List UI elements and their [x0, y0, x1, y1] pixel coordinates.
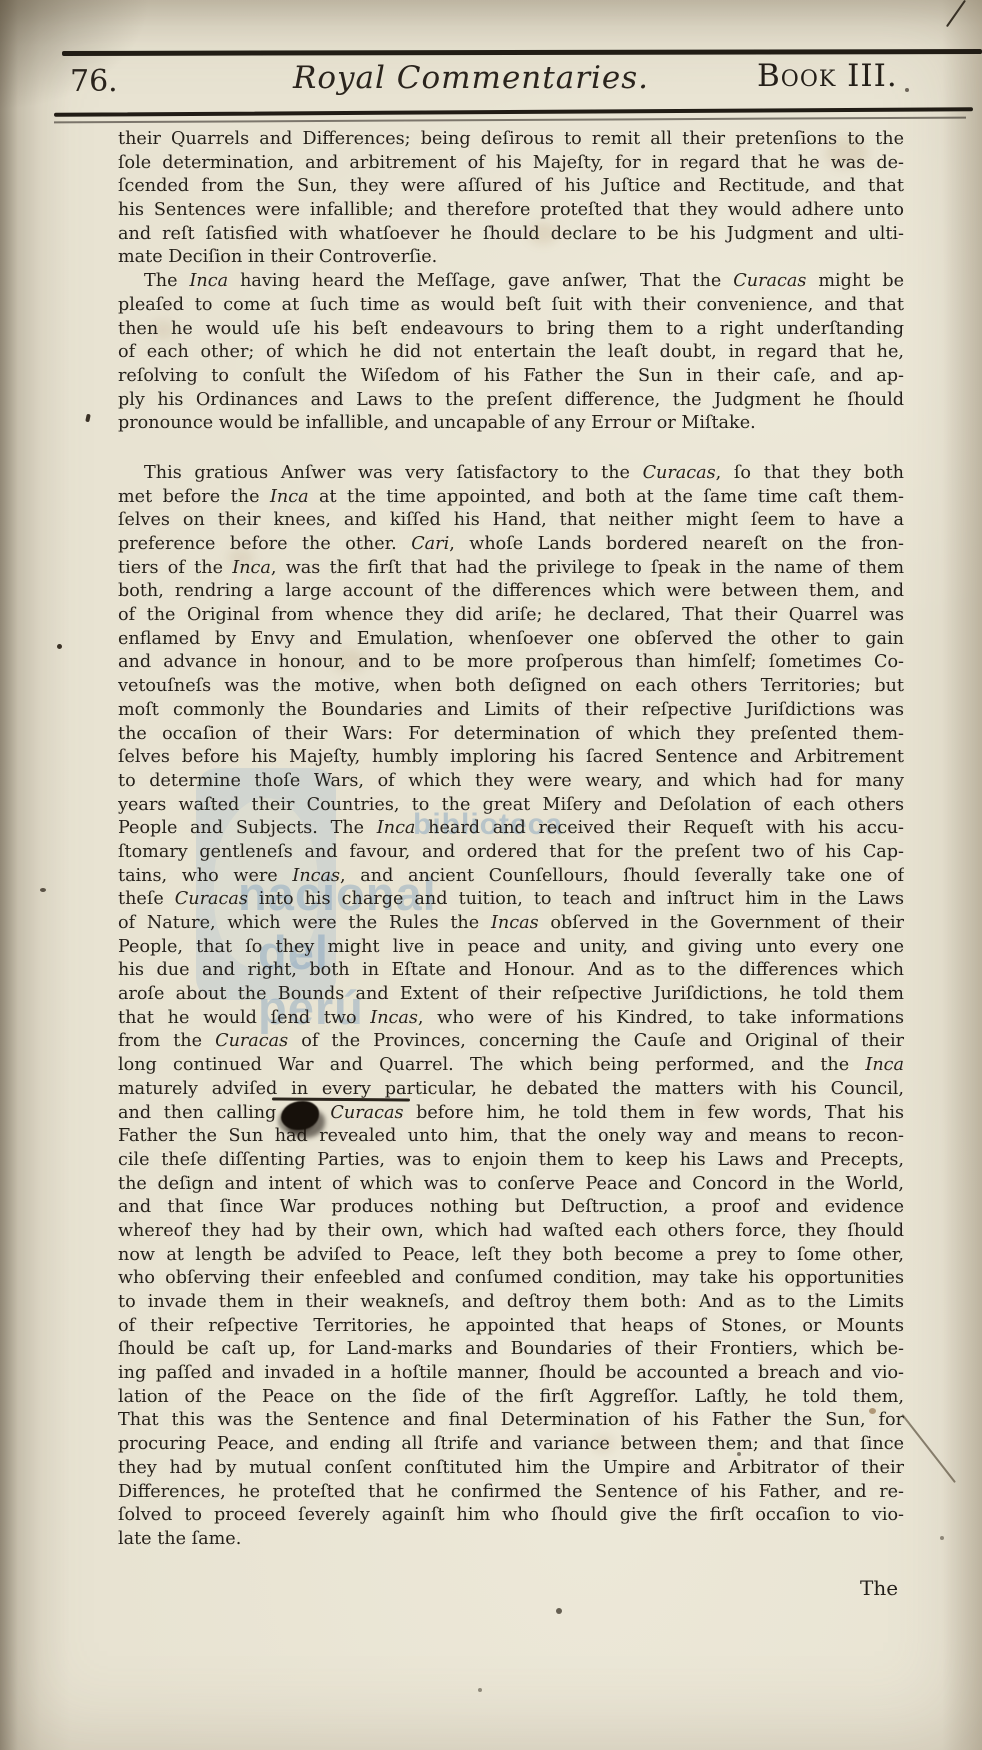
text-line: pleaſed to come at ſuch time as would be… [118, 294, 904, 318]
book-number: Book III. [757, 58, 898, 94]
page-body: their Quarrels and Differences; being de… [118, 128, 904, 1552]
ink-speck [556, 1608, 562, 1614]
header-rule-bottom-thin [54, 117, 966, 124]
text-line: aroſe about the Bounds and Extent of the… [118, 983, 904, 1007]
text-line: that he would ſend two Incas, who were o… [118, 1007, 904, 1031]
ink-speck [57, 644, 62, 649]
text-line: both, rendring a large account of the di… [118, 580, 904, 604]
text-line: pronounce would be infallible, and uncap… [118, 412, 904, 436]
text-line: the occaſion of their Wars: For determin… [118, 723, 904, 747]
text-line: ſolved to proceed ſeverely againſt him w… [118, 1504, 904, 1528]
text-line: enflamed by Envy and Emulation, whenſoev… [118, 628, 904, 652]
text-line: Father the Sun had revealed unto him, th… [118, 1125, 904, 1149]
text-line: and advance in honour, and to be more pr… [118, 651, 904, 675]
text-line: preference before the other. Cari, whoſe… [118, 533, 904, 557]
text-line: long continued War and Quarrel. The whic… [118, 1054, 904, 1078]
text-line: their Quarrels and Differences; being de… [118, 128, 904, 152]
ink-speck [85, 414, 91, 423]
text-line: ply his Ordinances and Laws to the preſe… [118, 389, 904, 413]
text-line: lation of the Peace on the ſide of the f… [118, 1386, 904, 1410]
text-line: and then calling the Curacas before him,… [118, 1102, 904, 1126]
page-binding-shadow [0, 0, 70, 1750]
text-line: moſt commonly the Boundaries and Limits … [118, 699, 904, 723]
text-line: who obſerving their enfeebled and conſum… [118, 1267, 904, 1291]
ink-speck [905, 88, 909, 92]
text-line: That this was the Sentence and final Det… [118, 1409, 904, 1433]
text-line: ſelves on their knees, and kiſſed his Ha… [118, 509, 904, 533]
text-line: whereof they had by their own, which had… [118, 1220, 904, 1244]
text-line: now at length be adviſed to Peace, leſt … [118, 1244, 904, 1268]
text-line: The Inca having heard the Meſſage, gave … [118, 270, 904, 294]
text-line: the deſign and intent of which was to co… [118, 1173, 904, 1197]
text-line: and that ſince War produces nothing but … [118, 1196, 904, 1220]
text-line: of their reſpective Territories, he appo… [118, 1315, 904, 1339]
text-line: Differences, he proteſted that he confir… [118, 1481, 904, 1505]
header-rule-bottom [54, 107, 973, 117]
text-line: This gratious Anſwer was very ſatisfacto… [118, 462, 904, 486]
ink-speck [737, 1452, 741, 1456]
text-line: ſelves before his Majeſty, humbly implor… [118, 746, 904, 770]
text-line: they had by mutual conſent conſtituted h… [118, 1457, 904, 1481]
header-rule-top [62, 49, 982, 56]
text-line: his due and right, both in Eſtate and Ho… [118, 959, 904, 983]
text-line: to determine thoſe Wars, of which they w… [118, 770, 904, 794]
ink-speck [478, 1688, 482, 1692]
paragraph: This gratious Anſwer was very ſatisfacto… [118, 462, 904, 1552]
page-edge-shadow [942, 0, 982, 1750]
text-line: ſcended from the Sun, they were aſſured … [118, 175, 904, 199]
text-line: tains, who were Incas, and ancient Counſ… [118, 865, 904, 889]
text-line: reſolving to conſult the Wiſedom of his … [118, 365, 904, 389]
ink-speck [869, 1408, 876, 1414]
text-line: procuring Peace, and ending all ſtrife a… [118, 1433, 904, 1457]
text-line: and reſt ſatisfied with whatſoever he ſh… [118, 223, 904, 247]
text-line: People and Subjects. The Inca heard and … [118, 817, 904, 841]
text-line: ſtomary gentleneſs and favour, and order… [118, 841, 904, 865]
text-line: years waſted their Countries, to the gre… [118, 794, 904, 818]
book-page: biblioteca nacional del perú 76. Royal C… [0, 0, 982, 1750]
text-line: ſole determination, and arbitrement of h… [118, 152, 904, 176]
text-line: to invade them in their weakneſs, and de… [118, 1291, 904, 1315]
text-line: maturely adviſed in every particular, he… [118, 1078, 904, 1102]
text-line: from the Curacas of the Provinces, conce… [118, 1030, 904, 1054]
text-line: of the Original from whence they did ari… [118, 604, 904, 628]
text-line: his Sentences were infallible; and there… [118, 199, 904, 223]
text-line: then he would uſe his beſt endeavours to… [118, 318, 904, 342]
text-line: of Nature, which were the Rules the Inca… [118, 912, 904, 936]
paragraph: their Quarrels and Differences; being de… [118, 128, 904, 270]
running-title: Royal Commentaries. [293, 60, 649, 96]
page-number: 76. [70, 64, 118, 99]
text-line: met before the Inca at the time appointe… [118, 486, 904, 510]
text-line: ſhould be caſt up, for Land-marks and Bo… [118, 1338, 904, 1362]
text-line: ing paſſed and invaded in a hoſtile mann… [118, 1362, 904, 1386]
text-line: of each other; of which he did not enter… [118, 341, 904, 365]
ink-speck [940, 1536, 944, 1540]
ink-speck [40, 888, 46, 892]
text-line: late the ſame. [118, 1528, 904, 1552]
text-line: People, that ſo they might live in peace… [118, 936, 904, 960]
paragraph: The Inca having heard the Meſſage, gave … [118, 270, 904, 436]
text-line: mate Deciſion in their Controverſie. [118, 246, 904, 270]
text-line: vetouſneſs was the motive, when both deſ… [118, 675, 904, 699]
catchword: The [860, 1576, 898, 1600]
text-line: theſe Curacas into his charge and tuitio… [118, 888, 904, 912]
text-line: tiers of the Inca, was the firſt that ha… [118, 557, 904, 581]
text-line: cile theſe diſſenting Parties, was to en… [118, 1149, 904, 1173]
